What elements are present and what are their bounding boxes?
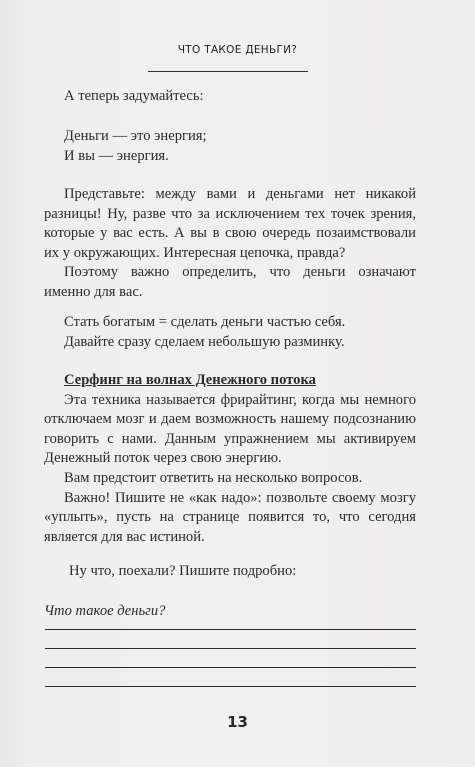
paragraph-questions: Вам предстоит ответить на несколько вопр… xyxy=(44,469,416,489)
body-text-block: А теперь задумайтесь: xyxy=(44,87,416,107)
paragraph-therefore: Поэтому важно определить, что деньги озн… xyxy=(44,263,416,302)
page-number: 13 xyxy=(0,713,475,731)
statement-you-energy: И вы — энергия. xyxy=(44,147,416,167)
exercise-section: Серфинг на волнах Денежного потока Эта т… xyxy=(44,371,416,547)
question-label: Что такое деньги? xyxy=(44,602,416,622)
imagine-block: Представьте: между вами и деньгами нет н… xyxy=(44,185,416,303)
answer-line-4[interactable] xyxy=(45,686,416,687)
header-rule xyxy=(148,71,308,72)
paragraph-important: Важно! Пишите не «как надо»: позвольте с… xyxy=(44,489,416,548)
prompt-line: Ну что, поехали? Пишите подробно: xyxy=(44,562,416,582)
question-block: Что такое деньги? xyxy=(44,602,416,622)
answer-line-3[interactable] xyxy=(45,667,416,668)
statements-block: Деньги — это энергия; И вы — энергия. xyxy=(44,127,416,166)
paragraph-imagine: Представьте: между вами и деньгами нет н… xyxy=(44,185,416,263)
section-heading: Серфинг на волнах Денежного потока xyxy=(44,371,416,391)
running-head: ЧТО ТАКОЕ ДЕНЬГИ? xyxy=(0,44,475,56)
formula-line: Стать богатым = сделать деньги частью се… xyxy=(44,313,416,333)
intro-line: А теперь задумайтесь: xyxy=(44,87,416,107)
warmup-line: Давайте сразу сделаем небольшую разминку… xyxy=(44,333,416,353)
formula-block: Стать богатым = сделать деньги частью се… xyxy=(44,313,416,352)
answer-line-1[interactable] xyxy=(45,629,416,630)
book-page: ЧТО ТАКОЕ ДЕНЬГИ? А теперь задумайтесь: … xyxy=(0,0,475,767)
prompt-block: Ну что, поехали? Пишите подробно: xyxy=(44,562,416,582)
paragraph-technique: Эта техника называется фрирайтинг, когда… xyxy=(44,391,416,469)
statement-money-energy: Деньги — это энергия; xyxy=(44,127,416,147)
answer-line-2[interactable] xyxy=(45,648,416,649)
